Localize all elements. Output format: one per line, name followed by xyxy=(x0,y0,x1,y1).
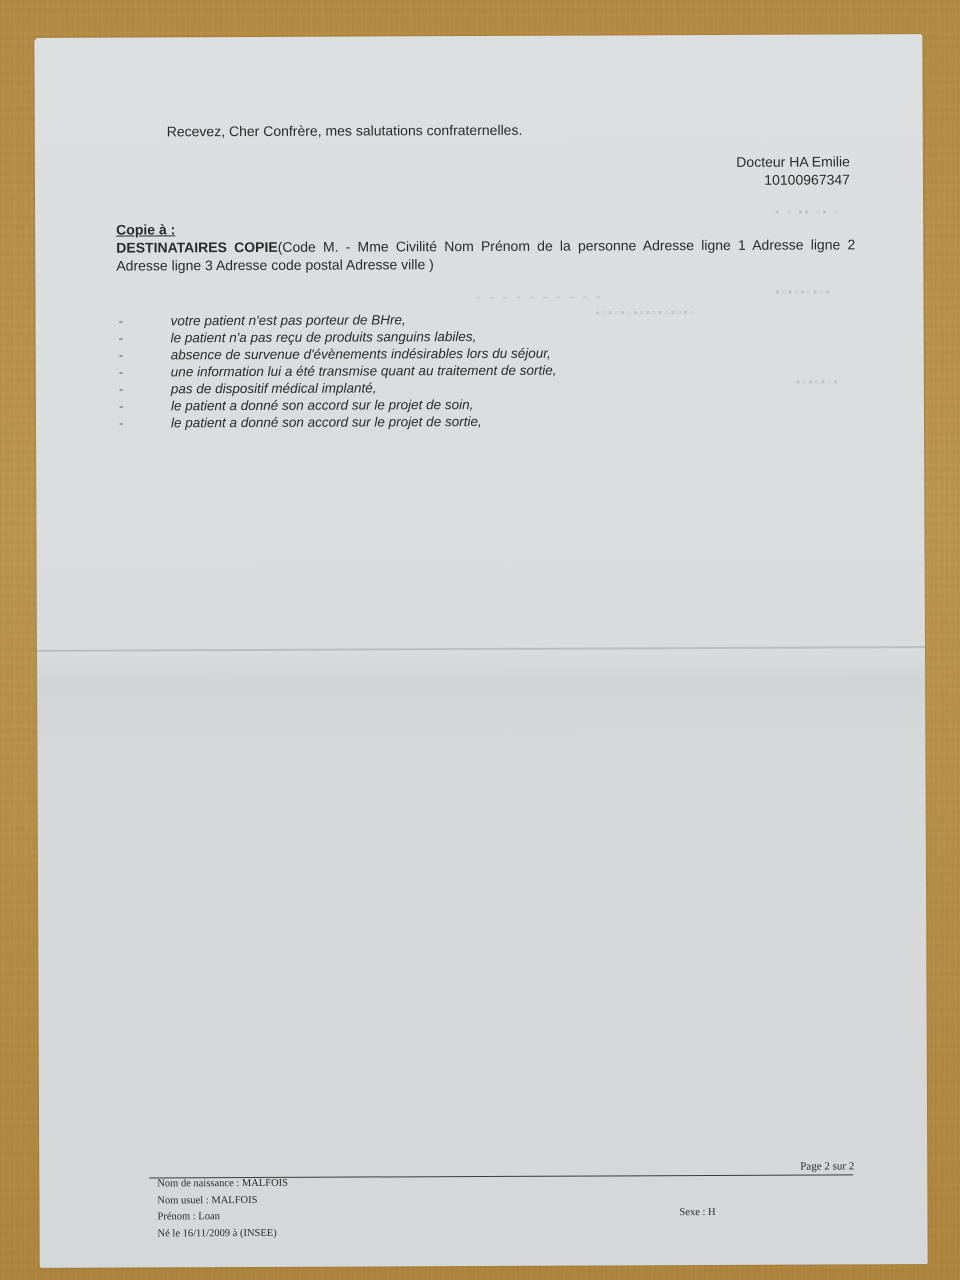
list-item: -pas de dispositif médical implanté, xyxy=(117,379,557,398)
statement-text: le patient a donné son accord sur le pro… xyxy=(171,396,474,414)
bullet-dash: - xyxy=(117,397,171,414)
copy-recipients: DESTINATAIRES COPIE(Code M. - Mme Civili… xyxy=(116,235,855,274)
patient-sex: Sexe : H xyxy=(679,1207,715,1218)
statement-text: pas de dispositif médical implanté, xyxy=(171,379,377,397)
usual-name: Nom usuel : MALFOIS xyxy=(157,1192,288,1209)
birth-date: Né le 16/11/2009 à (INSEE) xyxy=(158,1225,289,1242)
statement-text: le patient n'a pas reçu de produits sang… xyxy=(171,328,477,346)
birth-name: Nom de naissance : MALFOIS xyxy=(157,1176,288,1193)
closing-salutation: Recevez, Cher Confrère, mes salutations … xyxy=(167,122,523,140)
paper-fold-line xyxy=(37,646,925,652)
bullet-dash: - xyxy=(117,312,171,329)
first-name: Prénom : Loan xyxy=(157,1209,288,1226)
page-number: Page 2 sur 2 xyxy=(800,1160,854,1172)
patient-footer: Nom de naissance : MALFOIS Nom usuel : M… xyxy=(157,1176,288,1243)
copy-recipients-section: Copie à : DESTINATAIRES COPIE(Code M. - … xyxy=(116,217,855,274)
list-item: -le patient n'a pas reçu de produits san… xyxy=(117,328,557,347)
statement-text: votre patient n'est pas porteur de BHre, xyxy=(171,311,406,329)
show-through-artifact: ⁃ ⁃ ⁃ ⁃ ⁃ ⁃ ⁃ ⁃ ⁃ ⁃ xyxy=(475,290,603,305)
list-item: -le patient a donné son accord sur le pr… xyxy=(117,413,557,432)
show-through-artifact: ▪▫▪▫▪▫▪ xyxy=(796,374,840,388)
document-page: ▪ ▫ ▪▪ ▫▪ ▫ ⁃ ⁃ ⁃ ⁃ ⁃ ⁃ ⁃ ⁃ ⁃ ⁃ ▪▫▪▫▪▫▪▫… xyxy=(34,34,927,1268)
show-through-artifact: ▪▫▪▫▪▫▪▫▪▫▪▫▪▫▪▫ xyxy=(595,305,695,319)
discharge-statements-list: -votre patient n'est pas porteur de BHre… xyxy=(117,311,557,432)
bullet-dash: - xyxy=(117,380,171,397)
bullet-dash: - xyxy=(117,414,171,431)
list-item: -votre patient n'est pas porteur de BHre… xyxy=(117,311,557,330)
list-item: -absence de survenue d'évènements indési… xyxy=(117,345,557,364)
list-item: -une information lui a été transmise qua… xyxy=(117,362,557,381)
doctor-name: Docteur HA Emilie xyxy=(736,152,850,170)
recipients-label: DESTINATAIRES COPIE xyxy=(116,239,278,256)
statement-text: absence de survenue d'évènements indésir… xyxy=(171,345,551,364)
bullet-dash: - xyxy=(117,363,171,380)
signature-block: Docteur HA Emilie 10100967347 xyxy=(736,152,850,188)
list-item: -le patient a donné son accord sur le pr… xyxy=(117,396,557,415)
show-through-artifact: ▪▫▪▫▪▫▪▫▪ xyxy=(775,284,831,298)
statement-text: le patient a donné son accord sur le pro… xyxy=(171,413,482,431)
statement-text: une information lui a été transmise quan… xyxy=(171,362,557,381)
bullet-dash: - xyxy=(117,329,171,346)
bullet-dash: - xyxy=(117,346,171,363)
doctor-rpps-number: 10100967347 xyxy=(736,170,850,188)
